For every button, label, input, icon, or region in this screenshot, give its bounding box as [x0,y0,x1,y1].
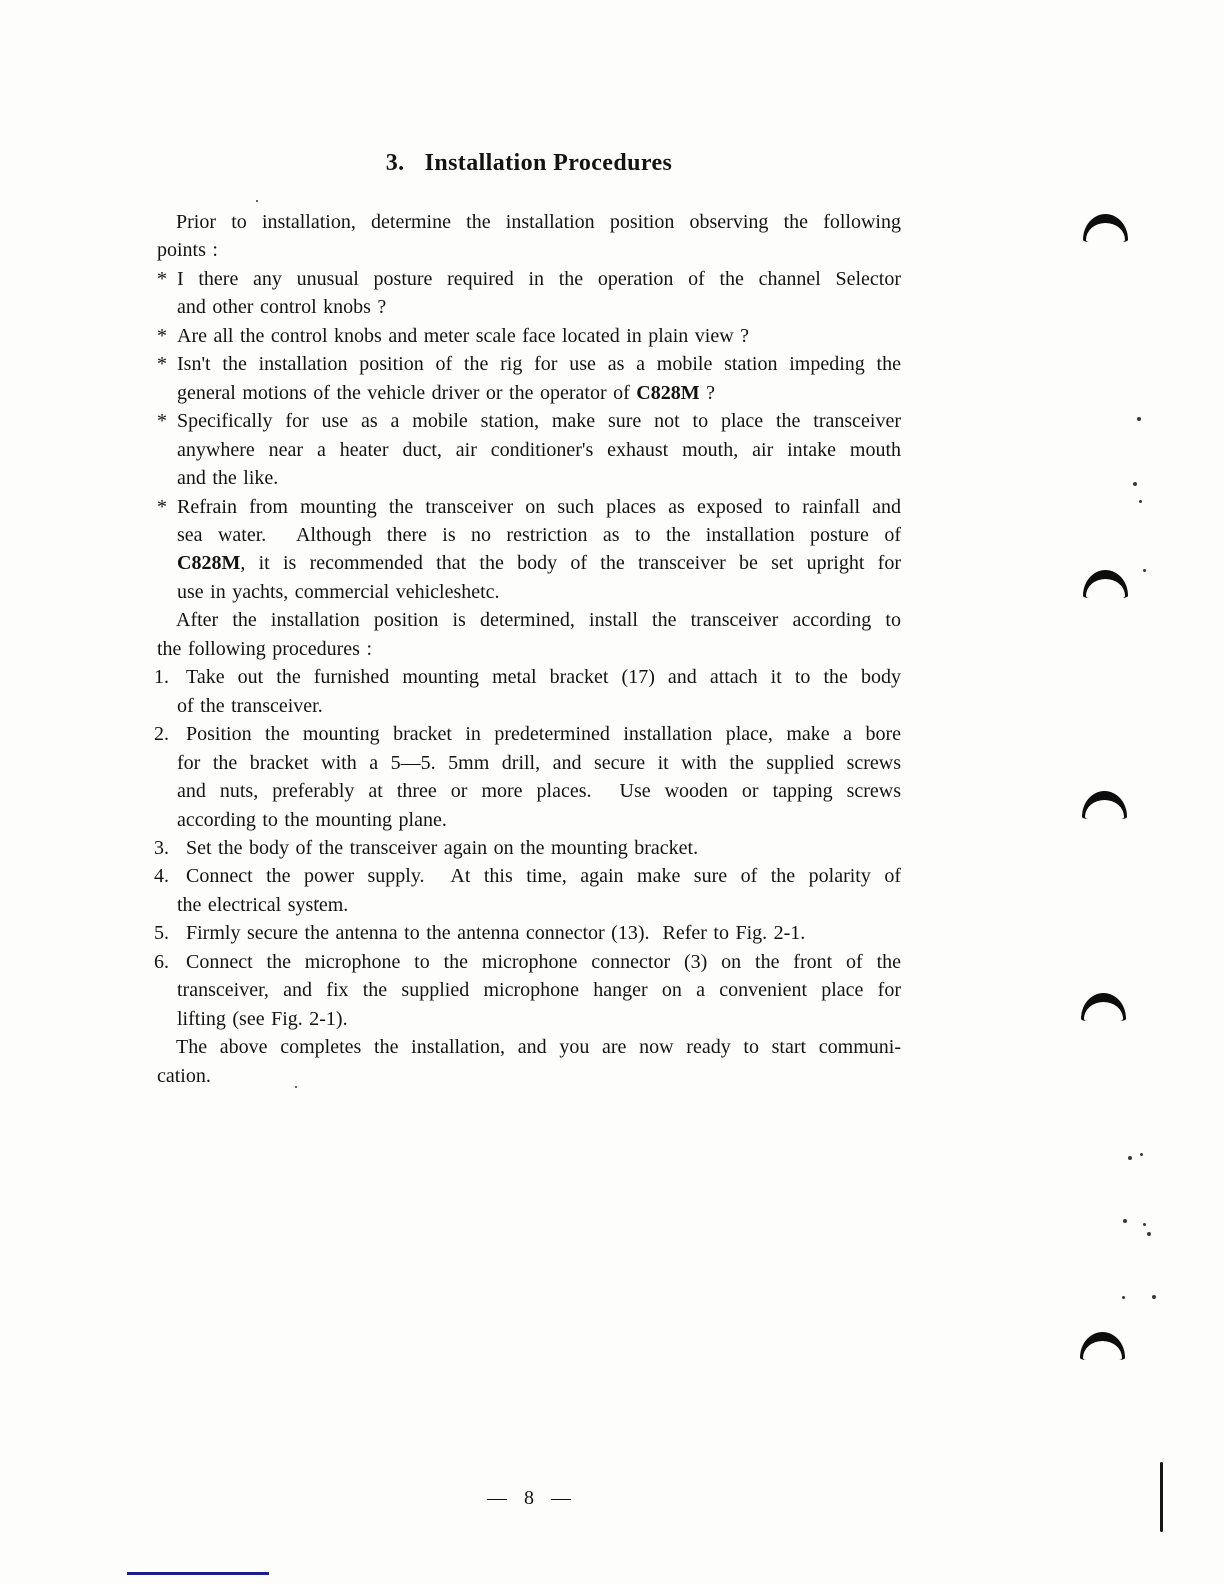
section-title: 3.Installation Procedures [157,150,901,177]
bullet-marker: * [157,265,167,293]
number-marker: 2. [154,720,169,748]
model-name-bold: C828M [636,382,699,404]
ink-speck-artifact [1140,1153,1143,1156]
paragraph: After the installation position is deter… [157,606,901,663]
bullet-item: *Are all the control knobs and meter sca… [157,322,901,350]
text-segment: Position the mounting bracket in predete… [186,723,901,745]
text-line: C828M, it is recommended that the body o… [177,549,901,577]
text-segment: points : [157,239,218,261]
ink-speck-artifact [1123,1219,1127,1223]
text-line: and the like. [177,464,901,492]
number-marker: 5. [154,919,169,947]
bullet-marker: * [157,407,167,435]
text-segment: ? [700,382,715,404]
numbered-item: 5.Firmly secure the antenna to the anten… [157,919,901,947]
text-line: Refrain from mounting the transceiver on… [177,493,901,521]
text-line: for the bracket with a 5—5. 5mm drill, a… [177,749,901,777]
text-segment: cation. [157,1065,211,1087]
text-line: points : [157,236,901,264]
text-line: Isn't the installation position of the r… [177,350,901,378]
text-segment: Connect the power supply. At this time, … [186,865,901,887]
text-line: Firmly secure the antenna to the antenna… [177,919,901,947]
bullet-item: *Specifically for use as a mobile statio… [157,407,901,492]
text-segment: lifting (see Fig. 2-1). [177,1008,348,1030]
text-line: the electrical system. [177,891,901,919]
text-segment: transceiver, and fix the supplied microp… [177,979,901,1001]
scan-line-artifact [1160,1462,1163,1532]
text-line: lifting (see Fig. 2-1). [177,1005,901,1033]
number-marker: 6. [154,948,169,976]
text-line: Prior to installation, determine the ins… [157,208,901,236]
model-name-bold: C828M [177,552,240,574]
text-column: 3.Installation Procedures Prior to insta… [157,0,901,1090]
text-segment: Connect the microphone to the microphone… [186,951,901,973]
blue-underline-mark [127,1572,269,1575]
paragraph: The above completes the installation, an… [157,1033,901,1090]
text-segment: I there any unusual posture required in … [177,268,901,290]
text-segment: and other control knobs ? [177,296,386,318]
text-line: Set the body of the transceiver again on… [177,834,901,862]
text-line: Specifically for use as a mobile station… [177,407,901,435]
bullet-marker: * [157,493,167,521]
text-segment: for the bracket with a 5—5. 5mm drill, a… [177,752,901,774]
text-line: of the transceiver. [177,692,901,720]
text-line: Connect the microphone to the microphone… [177,948,901,976]
text-segment: Are all the control knobs and meter scal… [177,325,749,347]
text-line: the following procedures : [157,635,901,663]
ink-speck-artifact [1128,1156,1132,1160]
text-segment: The above completes the installation, an… [176,1036,901,1058]
text-segment: general motions of the vehicle driver or… [177,382,636,404]
text-line: and nuts, preferably at three or more pl… [177,777,901,805]
ink-speck-artifact [1139,500,1142,503]
text-segment: and nuts, preferably at three or more pl… [177,780,901,802]
ink-speck-artifact [1143,569,1146,572]
text-line: general motions of the vehicle driver or… [177,379,901,407]
text-line: according to the mounting plane. [177,806,901,834]
number-marker: 4. [154,862,169,890]
section-number: 3. [386,150,405,176]
text-line: I there any unusual posture required in … [177,265,901,293]
page-curl-artifact [1082,791,1127,819]
text-line: Position the mounting bracket in predete… [177,720,901,748]
body-text: Prior to installation, determine the ins… [157,208,901,1090]
text-line: cation. [157,1062,901,1090]
ink-speck-artifact [1147,1232,1151,1236]
text-line: Connect the power supply. At this time, … [177,862,901,890]
numbered-item: 4.Connect the power supply. At this time… [157,862,901,919]
text-line: Are all the control knobs and meter scal… [177,322,901,350]
text-line: transceiver, and fix the supplied microp… [177,976,901,1004]
text-segment: Refrain from mounting the transceiver on… [177,496,901,518]
text-line: and other control knobs ? [177,293,901,321]
numbered-item: 6.Connect the microphone to the micropho… [157,948,901,1033]
paragraph: Prior to installation, determine the ins… [157,208,901,265]
ink-speck-artifact [1122,1296,1125,1299]
page-curl-artifact [1083,570,1128,598]
ink-speck-artifact [1133,482,1137,486]
text-segment: Set the body of the transceiver again on… [186,837,698,859]
text-segment: use in yachts, commercial vehicleshetc. [177,581,500,603]
text-segment: sea water. Although there is no restrict… [177,524,901,546]
bullet-item: *Isn't the installation position of the … [157,350,901,407]
bullet-marker: * [157,322,167,350]
text-line: Take out the furnished mounting metal br… [177,663,901,691]
text-segment: the following procedures : [157,638,372,660]
text-line: sea water. Although there is no restrict… [177,521,901,549]
page-curl-artifact [1080,1332,1125,1360]
numbered-item: 1.Take out the furnished mounting metal … [157,663,901,720]
text-segment: Prior to installation, determine the ins… [176,211,901,233]
text-segment: Specifically for use as a mobile station… [177,410,901,432]
number-marker: 1. [154,663,169,691]
section-title-text: Installation Procedures [425,150,673,176]
ink-speck-artifact [1137,417,1141,421]
text-line: anywhere near a heater duct, air conditi… [177,436,901,464]
text-line: The above completes the installation, an… [157,1033,901,1061]
text-segment: the electrical system. [177,894,348,916]
bullet-item: *Refrain from mounting the transceiver o… [157,493,901,607]
page-curl-artifact [1083,214,1128,242]
bullet-marker: * [157,350,167,378]
bullet-item: *I there any unusual posture required in… [157,265,901,322]
page-number: — 8 — [157,1487,901,1510]
text-segment: and the like. [177,467,278,489]
numbered-item: 2.Position the mounting bracket in prede… [157,720,901,834]
text-segment: according to the mounting plane. [177,809,447,831]
text-line: use in yachts, commercial vehicleshetc. [177,578,901,606]
number-marker: 3. [154,834,169,862]
document-page: { "page": { "title_number": "3.", "title… [0,0,1224,1584]
text-line: After the installation position is deter… [157,606,901,634]
text-segment: anywhere near a heater duct, air conditi… [177,439,901,461]
text-segment: Firmly secure the antenna to the antenna… [186,922,805,944]
text-segment: After the installation position is deter… [176,609,901,631]
ink-speck-artifact [1143,1223,1146,1226]
numbered-item: 3.Set the body of the transceiver again … [157,834,901,862]
page-curl-artifact [1081,993,1126,1021]
text-segment: Take out the furnished mounting metal br… [186,666,901,688]
text-segment: , it is recommended that the body of the… [240,552,901,574]
text-segment: Isn't the installation position of the r… [177,353,901,375]
text-segment: of the transceiver. [177,695,323,717]
ink-speck-artifact [1152,1295,1156,1299]
